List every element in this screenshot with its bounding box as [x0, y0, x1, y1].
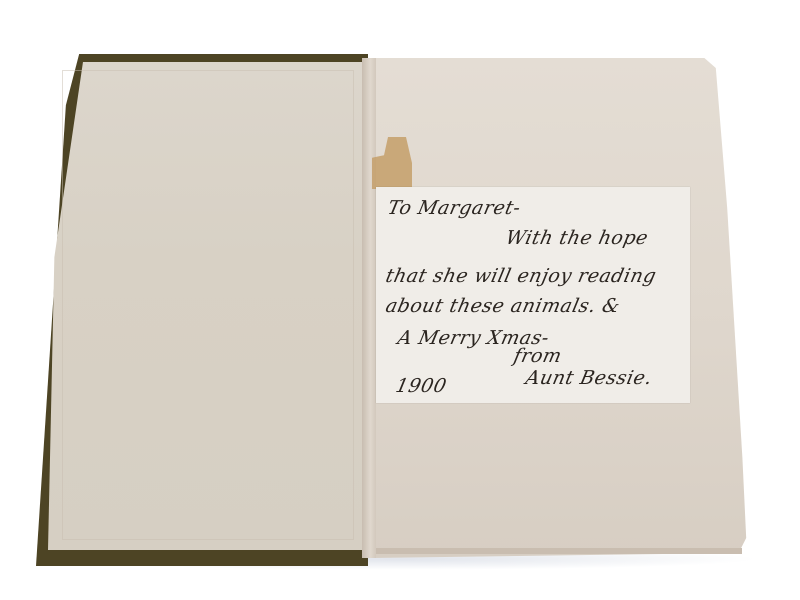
inscription-signature: Aunt Bessie. — [524, 367, 655, 389]
page-block-edge — [372, 548, 742, 554]
inside-cover-border — [62, 70, 354, 540]
inscription-year: 1900 — [394, 375, 449, 397]
inscription-line: that she will enjoy reading — [384, 265, 659, 287]
book-gutter — [362, 58, 376, 558]
photo-scene: To Margaret- With the hope that she will… — [0, 0, 800, 600]
inscription-card: To Margaret- With the hope that she will… — [376, 187, 690, 403]
inscription-from: from — [512, 345, 564, 367]
inscription-salutation: To Margaret- — [386, 197, 523, 219]
inscription-line: about these animals. & — [384, 295, 622, 317]
inscription-line: With the hope — [504, 227, 651, 249]
